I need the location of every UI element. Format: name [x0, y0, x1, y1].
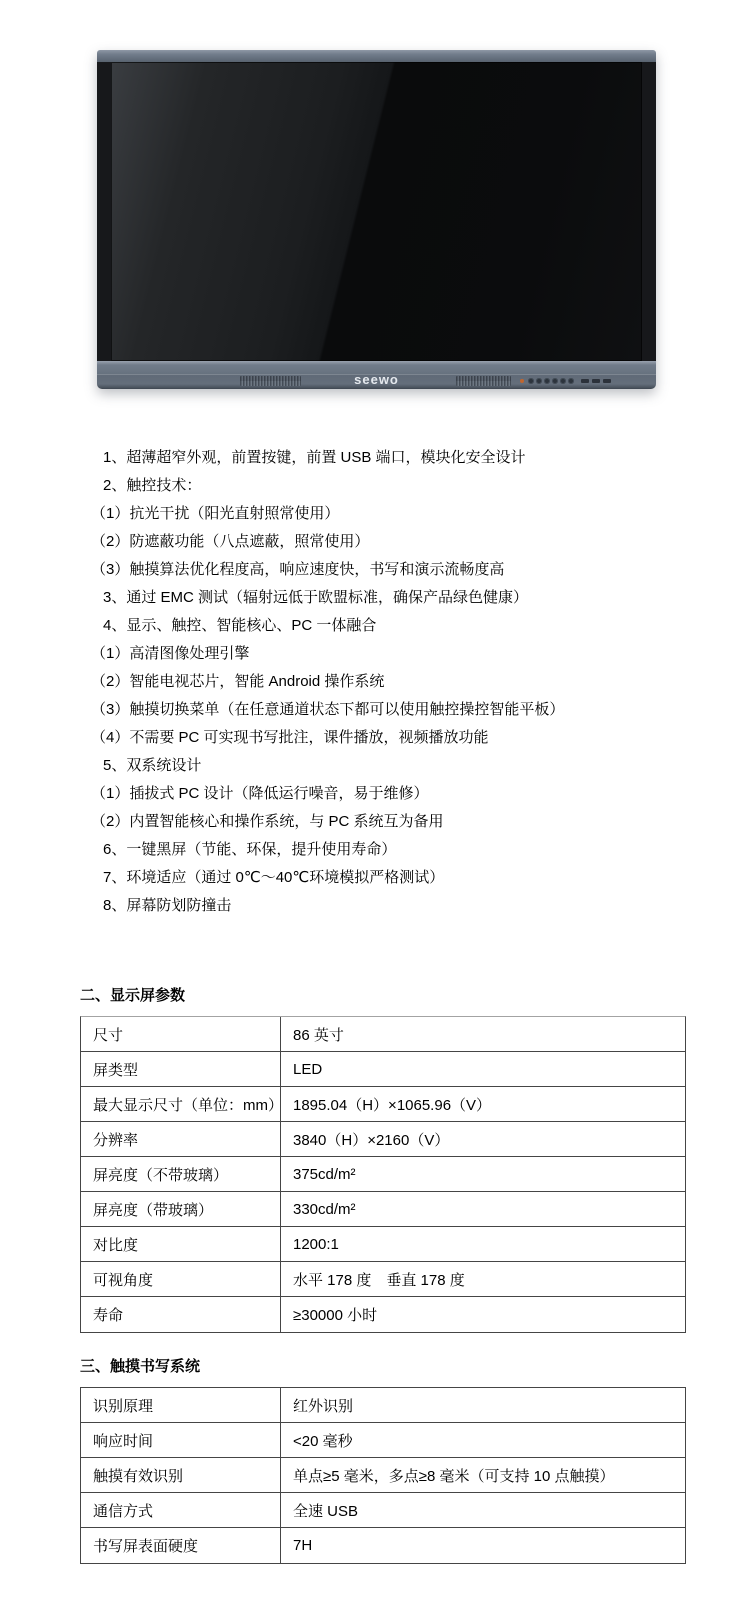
table-row: 对比度 1200:1: [81, 1227, 685, 1262]
spec-label-cell: 屏亮度（不带玻璃）: [81, 1157, 281, 1191]
spec-value-cell: 水平 178 度 垂直 178 度: [281, 1262, 685, 1296]
table-row: 屏亮度（带玻璃） 330cd/m²: [81, 1192, 685, 1227]
front-button-icon: [536, 378, 542, 384]
front-control-panel: [520, 376, 614, 386]
spec-label-cell: 可视角度: [81, 1262, 281, 1296]
spec-value-cell: LED: [281, 1052, 685, 1086]
table-row: 通信方式 全速 USB: [81, 1493, 685, 1528]
table-row: 尺寸 86 英寸: [81, 1017, 685, 1052]
spec-value-cell: 1895.04（H）×1065.96（V）: [281, 1087, 685, 1121]
speaker-grille-icon: [240, 376, 301, 386]
brand-logo: seewo: [354, 373, 399, 387]
table-row: 寿命 ≥30000 小时: [81, 1297, 685, 1332]
monitor-screen: [111, 62, 642, 361]
spec-value-cell: 1200:1: [281, 1227, 685, 1261]
table-row: 触摸有效识别 单点≥5 毫米，多点≥8 毫米（可支持 10 点触摸）: [81, 1458, 685, 1493]
spec-value-cell: 330cd/m²: [281, 1192, 685, 1226]
spec-label-cell: 识别原理: [81, 1388, 281, 1422]
spec-value-cell: 86 英寸: [281, 1017, 685, 1051]
feature-line: （2）防遮蔽功能（八点遮蔽，照常使用）: [80, 528, 680, 556]
spec-label-cell: 分辨率: [81, 1122, 281, 1156]
feature-line: （2）智能电视芯片，智能 Android 操作系统: [80, 668, 680, 696]
spec-label-cell: 触摸有效识别: [81, 1458, 281, 1492]
feature-line: 7、环境适应（通过 0℃～40℃环境模拟严格测试）: [80, 864, 680, 892]
spec-label-cell: 寿命: [81, 1297, 281, 1332]
feature-line: 8、屏幕防划防撞击: [80, 892, 680, 920]
monitor-top-bezel: [97, 50, 656, 62]
table-row: 分辨率 3840（H）×2160（V）: [81, 1122, 685, 1157]
spec-label-cell: 书写屏表面硬度: [81, 1528, 281, 1563]
touch-spec-table: 识别原理 红外识别 响应时间 <20 毫秒 触摸有效识别 单点≥5 毫米，多点≥…: [80, 1387, 686, 1564]
spec-label-cell: 屏类型: [81, 1052, 281, 1086]
table-row: 屏亮度（不带玻璃） 375cd/m²: [81, 1157, 685, 1192]
feature-line: 2、触控技术：: [80, 472, 680, 500]
table-row: 可视角度 水平 178 度 垂直 178 度: [81, 1262, 685, 1297]
feature-line: 6、一键黑屏（节能、环保，提升使用寿命）: [80, 836, 680, 864]
spec-label-cell: 屏亮度（带玻璃）: [81, 1192, 281, 1226]
feature-line: （1）抗光干扰（阳光直射照常使用）: [80, 500, 680, 528]
front-button-icon: [552, 378, 558, 384]
spec-document-page: seewo 1、超薄超窄外观，前置按键，前置 USB 端口，模块化安全设计 2、…: [0, 0, 750, 1604]
spec-value-cell: 7H: [281, 1528, 685, 1563]
section-heading-touch-system: 三、触摸书写系统: [80, 1357, 200, 1376]
front-button-icon: [544, 378, 550, 384]
spec-value-cell: <20 毫秒: [281, 1423, 685, 1457]
spec-value-cell: ≥30000 小时: [281, 1297, 685, 1332]
usb-port-icon: [603, 379, 611, 383]
table-row: 识别原理 红外识别: [81, 1388, 685, 1423]
feature-list: 1、超薄超窄外观，前置按键，前置 USB 端口，模块化安全设计 2、触控技术： …: [80, 444, 680, 920]
feature-line: （3）触摸切换菜单（在任意通道状态下都可以使用触控操控智能平板）: [80, 696, 680, 724]
speaker-grille-icon: [456, 376, 511, 386]
feature-line: 4、显示、触控、智能核心、PC 一体融合: [80, 612, 680, 640]
power-indicator-icon: [520, 379, 524, 383]
spec-value-cell: 红外识别: [281, 1388, 685, 1422]
product-image: seewo: [97, 50, 656, 389]
section-heading-display-params: 二、显示屏参数: [80, 986, 185, 1005]
spec-label-cell: 最大显示尺寸（单位：mm）: [81, 1087, 281, 1121]
feature-line: （3）触摸算法优化程度高，响应速度快，书写和演示流畅度高: [80, 556, 680, 584]
spec-label-cell: 响应时间: [81, 1423, 281, 1457]
table-row: 响应时间 <20 毫秒: [81, 1423, 685, 1458]
feature-line: （1）插拔式 PC 设计（降低运行噪音，易于维修）: [80, 780, 680, 808]
spec-value-cell: 全速 USB: [281, 1493, 685, 1527]
table-row: 最大显示尺寸（单位：mm） 1895.04（H）×1065.96（V）: [81, 1087, 685, 1122]
display-spec-table: 尺寸 86 英寸 屏类型 LED 最大显示尺寸（单位：mm） 1895.04（H…: [80, 1016, 686, 1333]
feature-line: 5、双系统设计: [80, 752, 680, 780]
front-button-icon: [528, 378, 534, 384]
front-ports: [581, 379, 614, 383]
spec-label-cell: 通信方式: [81, 1493, 281, 1527]
usb-port-icon: [581, 379, 589, 383]
feature-line: 1、超薄超窄外观，前置按键，前置 USB 端口，模块化安全设计: [80, 444, 680, 472]
front-button-icon: [560, 378, 566, 384]
monitor-bottom-bezel: seewo: [97, 361, 656, 389]
spec-value-cell: 单点≥5 毫米，多点≥8 毫米（可支持 10 点触摸）: [281, 1458, 685, 1492]
front-button-icon: [568, 378, 574, 384]
feature-line: （4）不需要 PC 可实现书写批注，课件播放，视频播放功能: [80, 724, 680, 752]
spec-value-cell: 3840（H）×2160（V）: [281, 1122, 685, 1156]
table-row: 屏类型 LED: [81, 1052, 685, 1087]
feature-line: 3、通过 EMC 测试（辐射远低于欧盟标准，确保产品绿色健康）: [80, 584, 680, 612]
monitor-side-bezels: [97, 62, 656, 361]
feature-line: （1）高清图像处理引擎: [80, 640, 680, 668]
table-row: 书写屏表面硬度 7H: [81, 1528, 685, 1563]
spec-label-cell: 对比度: [81, 1227, 281, 1261]
feature-line: （2）内置智能核心和操作系统，与 PC 系统互为备用: [80, 808, 680, 836]
spec-label-cell: 尺寸: [81, 1017, 281, 1051]
usb-port-icon: [592, 379, 600, 383]
spec-value-cell: 375cd/m²: [281, 1157, 685, 1191]
